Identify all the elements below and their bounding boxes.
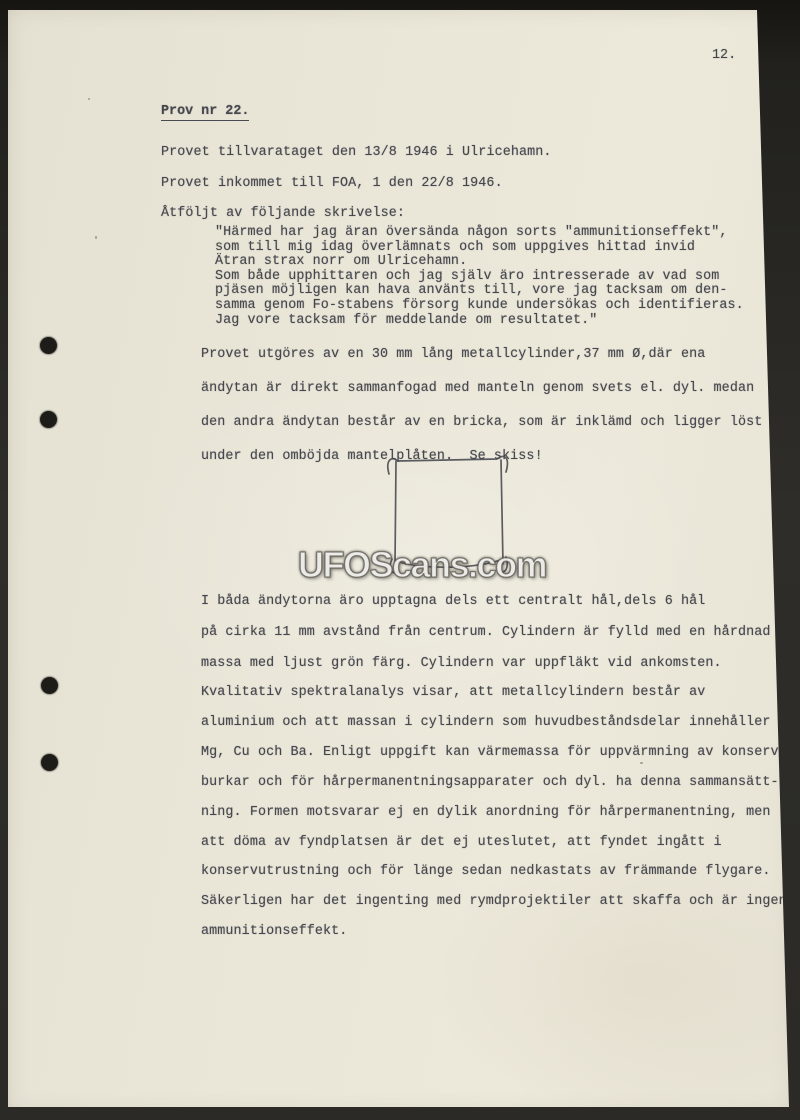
- text-line: ammunitionseffekt.: [161, 917, 787, 947]
- text-line: Ätran strax norr om Ulricehamn.: [215, 255, 744, 270]
- punch-hole: [40, 337, 57, 354]
- text-line: den andra ändytan består av en bricka, s…: [161, 406, 762, 440]
- punch-hole: [41, 754, 58, 771]
- text-line: på cirka 11 mm avstånd från centrum. Cyl…: [161, 617, 771, 648]
- text-line: pjäsen möjligen kan hava använts till, v…: [215, 284, 744, 299]
- sample-heading: Prov nr 22.: [161, 104, 249, 121]
- text-line: I båda ändytorna äro upptagna dels ett c…: [161, 586, 771, 617]
- text-line: Provet tillvarataget den 13/8 1946 i Ulr…: [161, 138, 552, 169]
- body-paragraph-analysis: Kvalitativ spektralanalys visar, att met…: [161, 678, 787, 947]
- body-paragraph-holes: I båda ändytorna äro upptagna dels ett c…: [161, 586, 771, 679]
- text-line: aluminium och att massan i cylindern som…: [161, 708, 787, 738]
- text-line: som till mig idag överlämnats och som up…: [215, 241, 744, 256]
- text-line: Kvalitativ spektralanalys visar, att met…: [161, 678, 787, 708]
- scanned-document-page: 12. Prov nr 22. Provet tillvarataget den…: [0, 0, 800, 1120]
- text-line: ändytan är direkt sammanfogad med mantel…: [161, 372, 762, 406]
- punch-hole: [41, 677, 58, 694]
- text-line: Provet utgöres av en 30 mm lång metallcy…: [161, 338, 762, 372]
- text-line: Provet inkommet till FOA, 1 den 22/8 194…: [161, 169, 552, 200]
- text-line: massa med ljust grön färg. Cylindern var…: [161, 648, 771, 679]
- text-line: burkar och för hårpermanentningsapparate…: [161, 768, 787, 798]
- text-line: Säkerligen har det ingenting med rymdpro…: [161, 887, 787, 917]
- text-line: Jag vore tacksam för meddelande om resul…: [215, 314, 744, 329]
- text-line: samma genom Fo-stabens försorg kunde und…: [215, 299, 744, 314]
- ufoscans-watermark: UFOScans.com: [298, 544, 546, 586]
- punch-hole: [40, 411, 57, 428]
- sample-meta-lines: Provet tillvarataget den 13/8 1946 i Ulr…: [161, 138, 552, 230]
- paper-speck: [640, 762, 643, 764]
- text-line: Mg, Cu och Ba. Enligt uppgift kan värmem…: [161, 738, 787, 768]
- text-line: konservutrustning och för länge sedan ne…: [161, 857, 787, 887]
- text-line: ning. Formen motsvarar ej en dylik anord…: [161, 798, 787, 828]
- page-number: 12.: [712, 48, 736, 63]
- paper-speck: [88, 98, 90, 100]
- text-line: "Härmed har jag äran översända någon sor…: [215, 226, 744, 241]
- text-line: att döma av fyndplatsen är det ej uteslu…: [161, 828, 787, 858]
- attached-letter-quote: "Härmed har jag äran översända någon sor…: [215, 226, 744, 328]
- paper-speck: [95, 236, 97, 239]
